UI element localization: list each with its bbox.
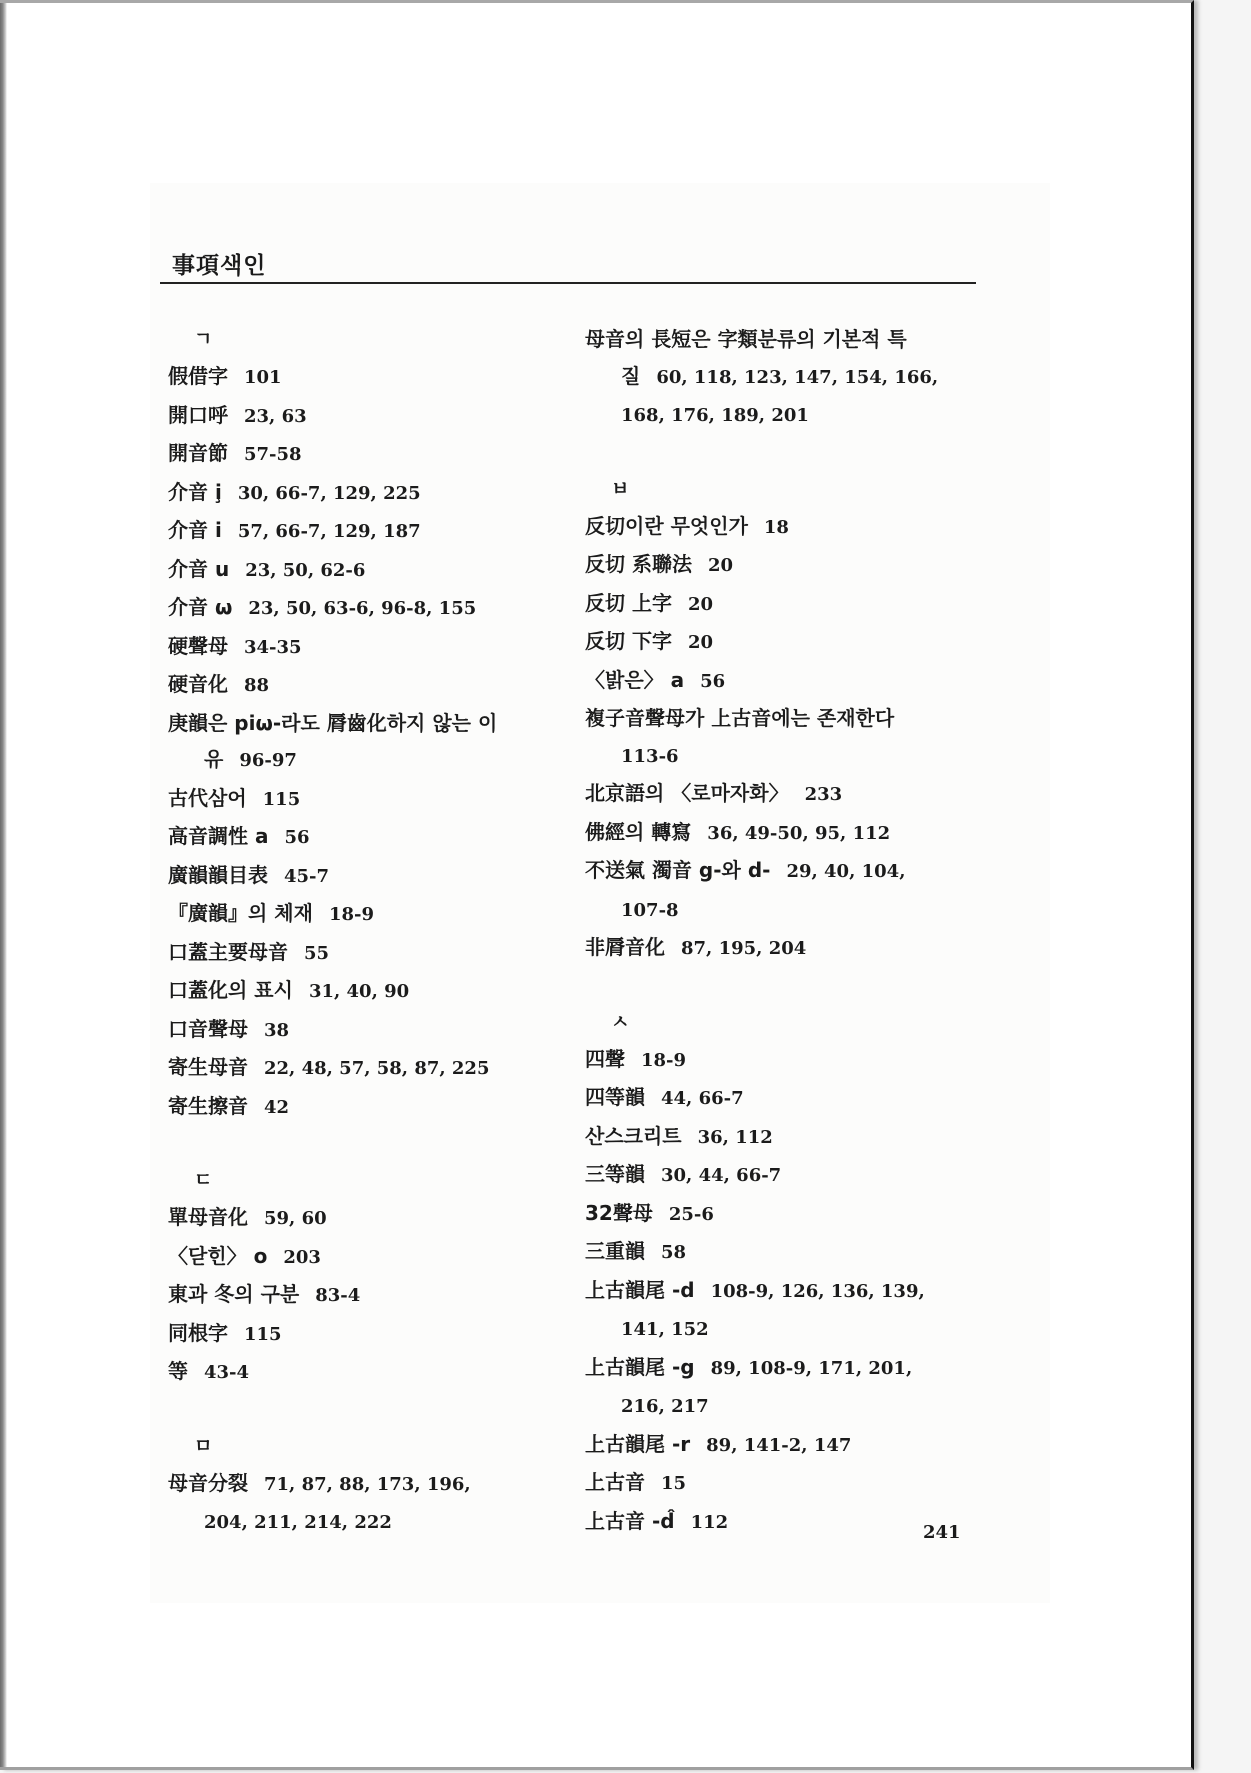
index-section-heading: ㄷ (168, 1162, 568, 1199)
index-term: 上古韻尾 -g (585, 1355, 695, 1379)
index-term: 複子音聲母가 上古音에는 존재한다 (585, 706, 894, 730)
index-term: 『廣韻』의 체재 (168, 901, 313, 925)
index-term: 開口呼 (168, 403, 228, 427)
index-page-refs: 87, 195, 204 (681, 938, 806, 959)
index-entry: 佛經의 轉寫36, 49-50, 95, 112 (585, 814, 985, 853)
index-page-refs: 83-4 (315, 1285, 360, 1306)
index-page-refs: 96-97 (239, 750, 297, 771)
index-entry: 〈밝은〉 a56 (585, 662, 985, 701)
index-term: 母音分裂 (168, 1471, 248, 1495)
index-section-heading: ㄱ (168, 321, 568, 358)
index-page-refs: 20 (688, 632, 713, 653)
index-page-refs-continued: 141, 152 (621, 1319, 709, 1340)
index-entry-continuation: 113-6 (585, 737, 985, 776)
index-page-refs: 30, 66-7, 129, 225 (238, 483, 421, 504)
index-page-refs: 36, 112 (698, 1127, 773, 1148)
index-term: 不送氣 濁音 g-와 d- (585, 858, 770, 882)
index-entry: 硬聲母34-35 (168, 628, 568, 667)
index-term: 反切 下字 (585, 629, 672, 653)
index-entry: 介音 i̧30, 66-7, 129, 225 (168, 474, 568, 513)
index-page-refs: 38 (264, 1020, 289, 1041)
index-column-left: ㄱ假借字101開口呼23, 63開音節57-58介音 i̧30, 66-7, 1… (168, 321, 568, 1542)
index-term: 佛經의 轉寫 (585, 820, 691, 844)
index-entry-continuation: 질60, 118, 123, 147, 154, 166, (585, 358, 985, 397)
index-entry: 산스크리트36, 112 (585, 1118, 985, 1157)
index-entry: 假借字101 (168, 358, 568, 397)
index-entry: 口蓋主要母音55 (168, 934, 568, 973)
index-term: 非脣音化 (585, 935, 665, 959)
index-entry: 反切이란 무엇인가18 (585, 508, 985, 547)
index-section-heading: ㅁ (168, 1428, 568, 1465)
index-term-continued: 유 (204, 747, 223, 771)
index-entry: 不送氣 濁音 g-와 d-29, 40, 104,107-8 (585, 852, 985, 929)
index-entry: 32聲母25-6 (585, 1195, 985, 1234)
index-page-refs: 18-9 (641, 1050, 686, 1071)
index-entry: 複子音聲母가 上古音에는 존재한다113-6 (585, 700, 985, 775)
index-term: 反切 上字 (585, 591, 672, 615)
index-entry: 反切 系聯法20 (585, 546, 985, 585)
index-term: 硬聲母 (168, 634, 228, 658)
index-entry: 廣韻韻目表45-7 (168, 857, 568, 896)
index-page-refs: 115 (244, 1324, 282, 1345)
index-page-refs: 29, 40, 104, (786, 861, 905, 882)
index-term: 庚韻은 piω-라도 脣齒化하지 않는 이 (168, 711, 497, 735)
document-page: 事項색인 ㄱ假借字101開口呼23, 63開音節57-58介音 i̧30, 66… (0, 0, 1194, 1770)
index-term: 口蓋主要母音 (168, 940, 288, 964)
index-term: 寄生母音 (168, 1055, 248, 1079)
index-section-heading: ㅅ (585, 1004, 985, 1041)
index-term: 廣韻韻目表 (168, 863, 268, 887)
index-term: 上古韻尾 -d (585, 1278, 695, 1302)
index-term: 介音 i̧ (168, 480, 222, 504)
index-entry-continuation: 141, 152 (585, 1310, 985, 1349)
index-entry: 口音聲母38 (168, 1011, 568, 1050)
index-entry: 上古韻尾 -r89, 141-2, 147 (585, 1426, 985, 1465)
index-column-right: 母音의 長短은 字類분류의 기본적 특질60, 118, 123, 147, 1… (585, 321, 985, 1541)
index-page-refs: 58 (661, 1242, 686, 1263)
index-term: 假借字 (168, 364, 228, 388)
section-gap (585, 968, 985, 1004)
index-page-refs: 115 (263, 789, 301, 810)
index-term: 四等韻 (585, 1085, 645, 1109)
index-entry: 東과 冬의 구분83-4 (168, 1276, 568, 1315)
index-entry: 上古韻尾 -d108-9, 126, 136, 139,141, 152 (585, 1272, 985, 1349)
index-page-refs: 42 (264, 1097, 289, 1118)
index-entry: 反切 下字20 (585, 623, 985, 662)
index-page-refs: 15 (661, 1473, 686, 1494)
index-entry: 非脣音化87, 195, 204 (585, 929, 985, 968)
index-entry: 四聲18-9 (585, 1041, 985, 1080)
index-term: 32聲母 (585, 1201, 653, 1225)
index-page-refs: 89, 108-9, 171, 201, (711, 1358, 913, 1379)
index-term: 單母音化 (168, 1205, 248, 1229)
index-entry: 上古韻尾 -g89, 108-9, 171, 201,216, 217 (585, 1349, 985, 1426)
index-term: 산스크리트 (585, 1124, 682, 1148)
index-page-refs: 30, 44, 66-7 (661, 1165, 781, 1186)
index-page-refs: 71, 87, 88, 173, 196, (264, 1474, 471, 1495)
index-term: 高音調性 a (168, 824, 268, 848)
index-page-refs: 20 (708, 555, 733, 576)
index-entry: 母音의 長短은 字類분류의 기본적 특질60, 118, 123, 147, 1… (585, 321, 985, 435)
index-term: 硬音化 (168, 672, 228, 696)
index-entry: 開口呼23, 63 (168, 397, 568, 436)
index-term-continued: 질 (621, 364, 640, 388)
index-entry: 寄生母音22, 48, 57, 58, 87, 225 (168, 1049, 568, 1088)
index-entry-continuation: 216, 217 (585, 1387, 985, 1426)
index-entry: 介音 u23, 50, 62-6 (168, 551, 568, 590)
index-entry: 高音調性 a56 (168, 818, 568, 857)
index-page-refs: 18-9 (329, 904, 374, 925)
index-term: 開音節 (168, 441, 228, 465)
index-term: 反切 系聯法 (585, 552, 692, 576)
index-term: 口音聲母 (168, 1017, 248, 1041)
index-entry-continuation: 유96-97 (168, 741, 568, 780)
index-page-refs: 89, 141-2, 147 (706, 1435, 851, 1456)
index-page-refs: 108-9, 126, 136, 139, (711, 1281, 925, 1302)
index-entry-continuation: 204, 211, 214, 222 (168, 1503, 568, 1542)
index-page-refs: 31, 40, 90 (309, 981, 409, 1002)
index-page-refs: 36, 49-50, 95, 112 (707, 823, 890, 844)
index-term: 等 (168, 1359, 188, 1383)
index-term: 三重韻 (585, 1239, 645, 1263)
index-page-refs: 60, 118, 123, 147, 154, 166, (656, 367, 938, 388)
section-gap (168, 1126, 568, 1162)
index-entry: 等43-4 (168, 1353, 568, 1392)
index-entry: 介音 ω23, 50, 63-6, 96-8, 155 (168, 589, 568, 628)
index-entry: 口蓋化의 표시31, 40, 90 (168, 972, 568, 1011)
index-term: 東과 冬의 구분 (168, 1282, 299, 1306)
index-entry: 上古音15 (585, 1464, 985, 1503)
index-page-refs-continued: 204, 211, 214, 222 (204, 1512, 392, 1533)
index-page-refs: 59, 60 (264, 1208, 327, 1229)
index-entry: 『廣韻』의 체재18-9 (168, 895, 568, 934)
index-page-refs: 56 (284, 827, 309, 848)
index-page-refs: 43-4 (204, 1362, 249, 1383)
index-entry: 硬音化88 (168, 666, 568, 705)
index-entry: 介音 i57, 66-7, 129, 187 (168, 512, 568, 551)
index-page-refs: 233 (805, 784, 843, 805)
index-page-refs: 25-6 (669, 1204, 714, 1225)
running-head: 事項색인 (172, 247, 266, 280)
index-page-refs: 44, 66-7 (661, 1088, 744, 1109)
index-entry: 母音分裂71, 87, 88, 173, 196,204, 211, 214, … (168, 1465, 568, 1542)
index-page-refs-continued: 107-8 (621, 900, 679, 921)
index-term: 北京語의 〈로마자화〉 (585, 781, 789, 805)
index-term: 〈밝은〉 a (585, 668, 684, 692)
index-page-refs: 55 (304, 943, 329, 964)
index-term: 古代삼어 (168, 786, 247, 810)
index-entry: 古代삼어115 (168, 780, 568, 819)
index-entry-continuation: 168, 176, 189, 201 (585, 396, 985, 435)
index-term: 寄生擦音 (168, 1094, 248, 1118)
index-entry: 同根字115 (168, 1315, 568, 1354)
index-page-refs: 112 (691, 1512, 729, 1533)
index-page-refs: 45-7 (284, 866, 329, 887)
index-term: 上古韻尾 -r (585, 1432, 690, 1456)
index-page-refs: 203 (283, 1247, 321, 1268)
index-page-refs: 18 (764, 517, 789, 538)
index-term: 四聲 (585, 1047, 625, 1071)
index-entry: 反切 上字20 (585, 585, 985, 624)
section-gap (168, 1392, 568, 1428)
index-page-refs: 23, 50, 62-6 (245, 560, 365, 581)
index-entry: 〈닫힌〉 o203 (168, 1238, 568, 1277)
index-entry: 寄生擦音42 (168, 1088, 568, 1127)
index-entry: 單母音化59, 60 (168, 1199, 568, 1238)
index-page-refs-continued: 113-6 (621, 746, 679, 767)
index-term: 上古音 -d̂ (585, 1509, 675, 1533)
index-section-heading: ㅂ (585, 471, 985, 508)
index-page-refs: 20 (688, 594, 713, 615)
index-entry: 庚韻은 piω-라도 脣齒化하지 않는 이유96-97 (168, 705, 568, 780)
section-gap (585, 435, 985, 471)
index-page-refs-continued: 168, 176, 189, 201 (621, 405, 809, 426)
index-page-refs: 88 (244, 675, 269, 696)
index-page-refs: 34-35 (244, 637, 302, 658)
index-page-refs: 23, 63 (244, 406, 307, 427)
index-entry: 三重韻58 (585, 1233, 985, 1272)
index-page-refs: 23, 50, 63-6, 96-8, 155 (248, 598, 476, 619)
index-entry-continuation: 107-8 (585, 891, 985, 930)
index-term: 介音 ω (168, 595, 232, 619)
page-number: 241 (923, 1522, 961, 1543)
index-page-refs-continued: 216, 217 (621, 1396, 709, 1417)
index-term: 〈닫힌〉 o (168, 1244, 267, 1268)
index-page-refs: 57, 66-7, 129, 187 (238, 521, 421, 542)
index-term: 口蓋化의 표시 (168, 978, 293, 1002)
index-page-refs: 22, 48, 57, 58, 87, 225 (264, 1058, 489, 1079)
index-entry: 三等韻30, 44, 66-7 (585, 1156, 985, 1195)
header-rule (160, 282, 976, 284)
index-term: 上古音 (585, 1470, 645, 1494)
index-term: 同根字 (168, 1321, 228, 1345)
index-term: 三等韻 (585, 1162, 645, 1186)
index-term: 介音 u (168, 557, 229, 581)
index-entry: 開音節57-58 (168, 435, 568, 474)
index-term: 介音 i (168, 518, 222, 542)
index-entry: 四等韻44, 66-7 (585, 1079, 985, 1118)
index-term: 母音의 長短은 字類분류의 기본적 특 (585, 327, 907, 351)
index-term: 反切이란 무엇인가 (585, 514, 748, 538)
index-page-refs: 57-58 (244, 444, 302, 465)
index-entry: 北京語의 〈로마자화〉233 (585, 775, 985, 814)
index-page-refs: 56 (700, 671, 725, 692)
index-page-refs: 101 (244, 367, 282, 388)
